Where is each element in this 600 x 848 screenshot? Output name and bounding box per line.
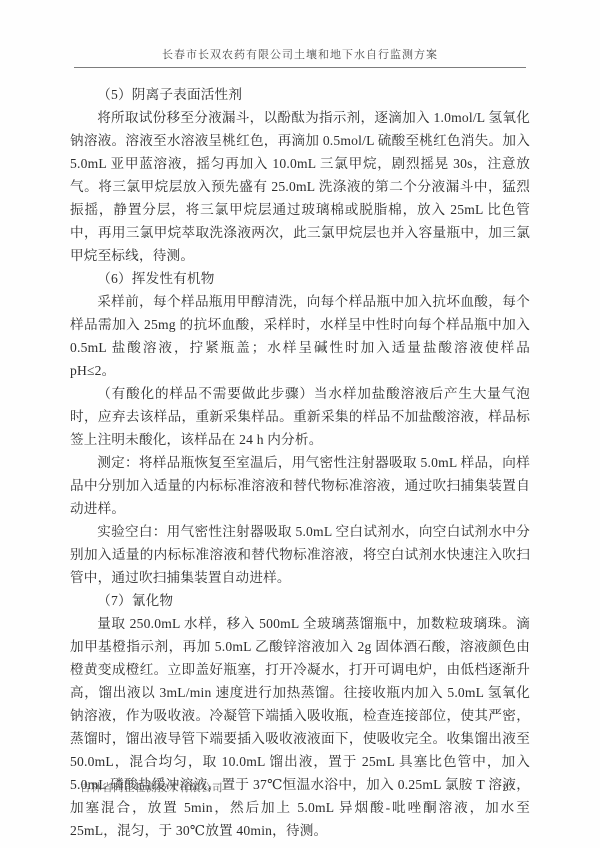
paragraph: 实验空白：用气密性注射器吸取 5.0mL 空白试剂水，向空白试剂水中分别加入适量…	[70, 520, 530, 589]
footer-page-number: 27	[503, 783, 515, 794]
header-title: 长春市长双农药有限公司土壤和地下水自行监测方案	[0, 0, 600, 62]
document-page: 长春市长双农药有限公司土壤和地下水自行监测方案 （5）阴离子表面活性剂 将所取试…	[0, 0, 600, 848]
section-6-heading: （6）挥发性有机物	[70, 267, 530, 290]
paragraph: 将所取试份移至分液漏斗，以酚酞为指示剂，逐滴加入 1.0mol/L 氢氧化钠溶液…	[70, 106, 530, 267]
page-header: 长春市长双农药有限公司土壤和地下水自行监测方案	[0, 0, 600, 68]
paragraph: 测定：将样品瓶恢复至室温后，用气密性注射器吸取 5.0mL 样品，向样品中分别加…	[70, 451, 530, 520]
paragraph: （有酸化的样品不需要做此步骤）当水样加盐酸溶液后产生大量气泡时，应弃去该样品，重…	[70, 382, 530, 451]
header-rule	[74, 67, 526, 68]
paragraph: 量取 250.0mL 水样，移入 500mL 全玻璃蒸馏瓶中，加数粒玻璃珠。滴加…	[70, 612, 530, 842]
page-footer: 吉林省同正检测技术有限公司 27	[80, 780, 514, 795]
document-body: （5）阴离子表面活性剂 将所取试份移至分液漏斗，以酚酞为指示剂，逐滴加入 1.0…	[70, 83, 530, 842]
section-5-heading: （5）阴离子表面活性剂	[70, 83, 530, 106]
paragraph: 采样前，每个样品瓶用甲醇清洗，向每个样品瓶中加入抗坏血酸，每个样品需加入 25m…	[70, 290, 530, 382]
section-7-heading: （7）氰化物	[70, 589, 530, 612]
footer-company: 吉林省同正检测技术有限公司	[80, 780, 223, 795]
